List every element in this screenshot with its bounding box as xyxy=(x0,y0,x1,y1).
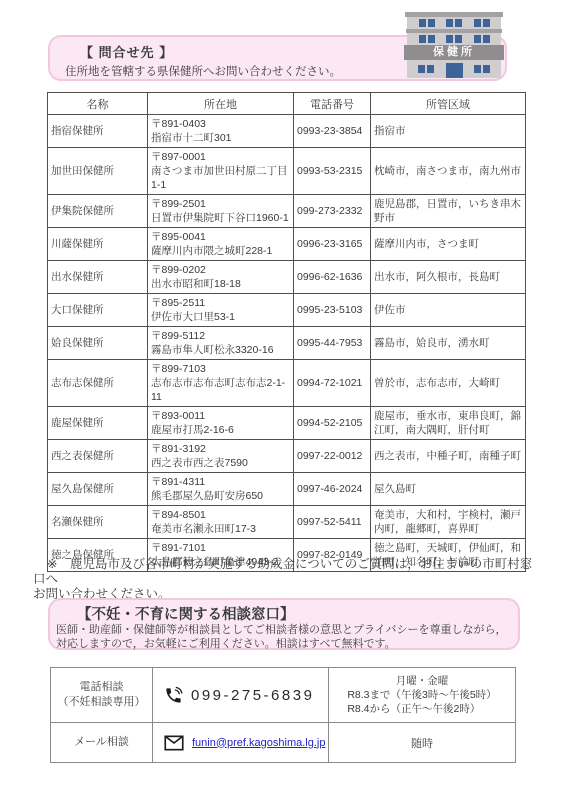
center-area: 枕崎市，南さつま市，南九州市 xyxy=(371,148,526,195)
postal-code: 〒893-0011 xyxy=(151,409,290,423)
center-address: 〒891-3192 西之表市西之表7590 xyxy=(148,440,294,473)
building-floor xyxy=(407,33,501,45)
address-line: 南さつま市加世田村原二丁目1-1 xyxy=(151,164,290,192)
consultation-contact-table: 電話相談 （不妊相談専用） 099-275-6839 xyxy=(50,667,516,763)
phone-icon xyxy=(164,686,183,705)
postal-code: 〒891-4311 xyxy=(151,475,290,489)
center-name: 姶良保健所 xyxy=(48,327,148,360)
center-name: 出水保健所 xyxy=(48,261,148,294)
center-area: 奄美市，大和村，宇検村，瀬戸内町，龍郷町，喜界町 xyxy=(371,506,526,539)
table-row: 伊集院保健所 〒899-2501 日置市伊集院町下谷口1960-1 099-27… xyxy=(48,195,526,228)
window-pair xyxy=(446,19,462,27)
window-pair xyxy=(446,35,462,43)
hours-line: R8.4から（正午～午後2時） xyxy=(347,702,496,716)
address-line: 霧島市隼人町松永3320-16 xyxy=(151,343,290,357)
center-phone: 0997-52-5411 xyxy=(294,506,371,539)
postal-code: 〒899-0202 xyxy=(151,263,290,277)
address-line: 指宿市十二町301 xyxy=(151,131,290,145)
building-floor xyxy=(407,17,501,29)
center-name: 名瀬保健所 xyxy=(48,506,148,539)
center-name: 西之表保健所 xyxy=(48,440,148,473)
center-phone: 0994-52-2105 xyxy=(294,407,371,440)
mail-consultation-row: メール相談 funin@pref.kagoshima.lg.jp 随時 xyxy=(51,723,516,763)
address-line: 出水市昭和町18-18 xyxy=(151,277,290,291)
postal-code: 〒897-0001 xyxy=(151,150,290,164)
postal-code: 〒891-7101 xyxy=(151,541,290,555)
center-phone: 0994-72-1021 xyxy=(294,360,371,407)
building-sign-label: 保健所 xyxy=(404,45,504,60)
postal-code: 〒891-3192 xyxy=(151,442,290,456)
window-pair xyxy=(419,35,435,43)
mail-icon xyxy=(164,735,184,751)
document-page: 保健所 【 問合せ先 】 住所地を管轄する県保健所へお問い合わせください。 名称… xyxy=(0,0,566,800)
center-phone: 0993-23-3854 xyxy=(294,115,371,148)
address-line: 奄美市名瀬永田町17-3 xyxy=(151,522,290,536)
center-address: 〒895-0041 薩摩川内市隈之城町228-1 xyxy=(148,228,294,261)
center-address: 〒894-8501 奄美市名瀬永田町17-3 xyxy=(148,506,294,539)
hours-line: 月曜・金曜 xyxy=(347,674,496,688)
address-line: 鹿屋市打馬2-16-6 xyxy=(151,423,290,437)
postal-code: 〒894-8501 xyxy=(151,508,290,522)
center-name: 大口保健所 xyxy=(48,294,148,327)
address-line: 薩摩川内市隈之城町228-1 xyxy=(151,244,290,258)
window-pair xyxy=(474,35,490,43)
label-line: 電話相談 xyxy=(52,680,151,695)
address-line: 志布志市志布志町志布志2-1-11 xyxy=(151,376,290,404)
health-center-table: 名称 所在地 電話番号 所管区域 指宿保健所 〒891-0403 指宿市十二町3… xyxy=(47,92,526,572)
table-row: 西之表保健所 〒891-3192 西之表市西之表7590 0997-22-001… xyxy=(48,440,526,473)
table-row: 志布志保健所 〒899-7103 志布志市志布志町志布志2-1-11 0994-… xyxy=(48,360,526,407)
note-line: ※ 鹿児島市及び各市町村が実施する助成金についてのご質問は，お住まいの市町村窓口… xyxy=(33,557,538,587)
table-row: 指宿保健所 〒891-0403 指宿市十二町301 0993-23-3854 指… xyxy=(48,115,526,148)
center-name: 志布志保健所 xyxy=(48,360,148,407)
center-address: 〒899-0202 出水市昭和町18-18 xyxy=(148,261,294,294)
building-floor xyxy=(407,60,501,78)
center-area: 伊佐市 xyxy=(371,294,526,327)
consultation-banner: 【不妊・不育に関する相談窓口】 医師・助産師・保健師等が相談員としてご相談者様の… xyxy=(48,598,520,650)
consultation-phone-number: 099-275-6839 xyxy=(191,687,314,704)
consultation-banner-body: 対応しますので，お気軽にご利用ください。相談はすべて無料です。 xyxy=(56,638,518,652)
mail-consultation-label: メール相談 xyxy=(51,723,153,763)
center-area: 屋久島町 xyxy=(371,473,526,506)
window-pair xyxy=(418,65,434,73)
center-area: 鹿児島郡，日置市，いちき串木野市 xyxy=(371,195,526,228)
phone-consultation-label: 電話相談 （不妊相談専用） xyxy=(51,668,153,723)
label-line: （不妊相談専用） xyxy=(52,695,151,710)
center-phone: 0995-23-5103 xyxy=(294,294,371,327)
table-row: 屋久島保健所 〒891-4311 熊毛郡屋久島町安房650 0997-46-20… xyxy=(48,473,526,506)
center-area: 霧島市，姶良市，湧水町 xyxy=(371,327,526,360)
phone-consultation-row: 電話相談 （不妊相談専用） 099-275-6839 xyxy=(51,668,516,723)
consultation-banner-title: 【不妊・不育に関する相談窓口】 xyxy=(77,603,518,624)
center-name: 加世田保健所 xyxy=(48,148,148,195)
window-pair xyxy=(419,19,435,27)
postal-code: 〒899-5112 xyxy=(151,329,290,343)
postal-code: 〒891-0403 xyxy=(151,117,290,131)
center-address: 〒897-0001 南さつま市加世田村原二丁目1-1 xyxy=(148,148,294,195)
center-phone: 099-273-2332 xyxy=(294,195,371,228)
table-row: 姶良保健所 〒899-5112 霧島市隼人町松永3320-16 0995-44-… xyxy=(48,327,526,360)
consultation-banner-body: 医師・助産師・保健師等が相談員としてご相談者様の意思とプライバシーを尊重しながら… xyxy=(56,624,518,638)
center-name: 川薩保健所 xyxy=(48,228,148,261)
center-phone: 0995-44-7953 xyxy=(294,327,371,360)
phone-number-cell: 099-275-6839 xyxy=(153,668,329,723)
center-phone: 0997-22-0012 xyxy=(294,440,371,473)
center-area: 鹿屋市，垂水市，東串良町，錦江町，南大隅町，肝付町 xyxy=(371,407,526,440)
table-row: 大口保健所 〒895-2511 伊佐市大口里53-1 0995-23-5103 … xyxy=(48,294,526,327)
center-area: 曽於市，志布志市，大崎町 xyxy=(371,360,526,407)
center-name: 屋久島保健所 xyxy=(48,473,148,506)
center-address: 〒893-0011 鹿屋市打馬2-16-6 xyxy=(148,407,294,440)
address-line: 西之表市西之表7590 xyxy=(151,456,290,470)
center-phone: 0993-53-2315 xyxy=(294,148,371,195)
center-address: 〒895-2511 伊佐市大口里53-1 xyxy=(148,294,294,327)
table-row: 鹿屋保健所 〒893-0011 鹿屋市打馬2-16-6 0994-52-2105… xyxy=(48,407,526,440)
center-area: 薩摩川内市，さつま町 xyxy=(371,228,526,261)
hours-line: R8.3まで（午後3時～午後5時） xyxy=(347,688,496,702)
municipal-subsidy-note: ※ 鹿児島市及び各市町村が実施する助成金についてのご質問は，お住まいの市町村窓口… xyxy=(33,557,538,602)
mail-address-cell: funin@pref.kagoshima.lg.jp xyxy=(153,723,329,763)
postal-code: 〒895-2511 xyxy=(151,296,290,310)
header-area: 所管区域 xyxy=(371,93,526,115)
postal-code: 〒899-2501 xyxy=(151,197,290,211)
postal-code: 〒895-0041 xyxy=(151,230,290,244)
postal-code: 〒899-7103 xyxy=(151,362,290,376)
center-area: 出水市，阿久根市，長島町 xyxy=(371,261,526,294)
window-pair xyxy=(474,65,490,73)
center-name: 鹿屋保健所 xyxy=(48,407,148,440)
center-name: 指宿保健所 xyxy=(48,115,148,148)
mail-consultation-hours: 随時 xyxy=(329,723,516,763)
center-phone: 0996-62-1636 xyxy=(294,261,371,294)
address-line: 熊毛郡屋久島町安房650 xyxy=(151,489,290,503)
window-pair xyxy=(474,19,490,27)
center-phone: 0997-46-2024 xyxy=(294,473,371,506)
center-address: 〒899-5112 霧島市隼人町松永3320-16 xyxy=(148,327,294,360)
header-address: 所在地 xyxy=(148,93,294,115)
phone-consultation-hours: 月曜・金曜 R8.3まで（午後3時～午後5時） R8.4から（正午～午後2時） xyxy=(329,668,516,723)
center-address: 〒891-4311 熊毛郡屋久島町安房650 xyxy=(148,473,294,506)
health-center-building-icon: 保健所 xyxy=(407,12,501,78)
table-row: 出水保健所 〒899-0202 出水市昭和町18-18 0996-62-1636… xyxy=(48,261,526,294)
header-name: 名称 xyxy=(48,93,148,115)
building-door xyxy=(446,63,463,78)
address-line: 日置市伊集院町下谷口1960-1 xyxy=(151,211,290,225)
address-line: 伊佐市大口里53-1 xyxy=(151,310,290,324)
table-row: 加世田保健所 〒897-0001 南さつま市加世田村原二丁目1-1 0993-5… xyxy=(48,148,526,195)
center-address: 〒899-2501 日置市伊集院町下谷口1960-1 xyxy=(148,195,294,228)
center-area: 指宿市 xyxy=(371,115,526,148)
consultation-email-link[interactable]: funin@pref.kagoshima.lg.jp xyxy=(192,737,325,749)
header-phone: 電話番号 xyxy=(294,93,371,115)
center-address: 〒899-7103 志布志市志布志町志布志2-1-11 xyxy=(148,360,294,407)
center-name: 伊集院保健所 xyxy=(48,195,148,228)
table-row: 川薩保健所 〒895-0041 薩摩川内市隈之城町228-1 0996-23-3… xyxy=(48,228,526,261)
center-address: 〒891-0403 指宿市十二町301 xyxy=(148,115,294,148)
table-row: 名瀬保健所 〒894-8501 奄美市名瀬永田町17-3 0997-52-541… xyxy=(48,506,526,539)
center-phone: 0996-23-3165 xyxy=(294,228,371,261)
table-header-row: 名称 所在地 電話番号 所管区域 xyxy=(48,93,526,115)
center-area: 西之表市，中種子町，南種子町 xyxy=(371,440,526,473)
